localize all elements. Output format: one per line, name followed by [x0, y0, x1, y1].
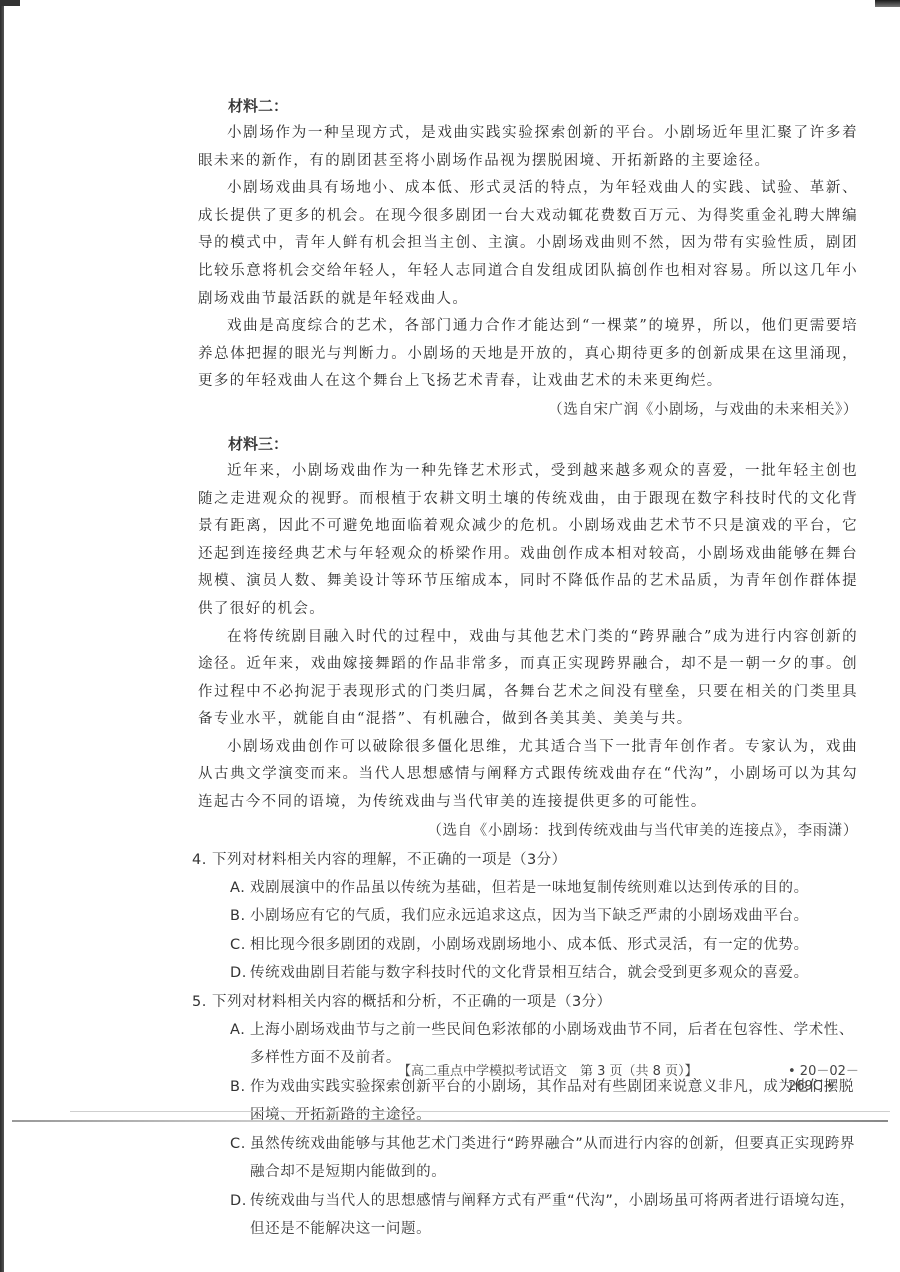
option-letter: C.	[230, 931, 250, 960]
material-2-source: （选自宋广润《小剧场，与戏曲的未来相关》）	[198, 396, 858, 425]
scan-corner-top-right	[875, 0, 900, 7]
option-letter: A.	[230, 874, 250, 903]
option-letter: D.	[230, 1187, 250, 1216]
material-2: 材料二： 小剧场作为一种呈现方式，是戏曲实践实验探索创新的平台。小剧场近年里汇聚…	[198, 93, 858, 425]
material-3-paragraph: 小剧场戏曲创作可以破除很多僵化思维，尤其适合当下一批青年创作者。专家认为，戏曲从…	[198, 734, 858, 817]
option-text: 相比现今很多剧团的戏剧，小剧场戏剧场地小、成本低、形式灵活，有一定的优势。	[250, 937, 809, 953]
option-text: 小剧场应有它的气质，我们应永远追求这点，因为当下缺乏严肃的小剧场戏曲平台。	[250, 908, 809, 924]
question-4-option-a[interactable]: A.戏剧展演中的作品虽以传统为基础，但若是一味地复制传统则难以达到传承的目的。	[198, 874, 858, 903]
option-text: 虽然传统戏曲能够与其他艺术门类进行“跨界融合”从而进行内容的创新，但要真正实现跨…	[250, 1136, 855, 1181]
option-text: 传统戏曲剧目若能与数字科技时代的文化背景相互结合，就会受到更多观众的喜爱。	[250, 965, 809, 981]
material-3-paragraph: 近年来，小剧场戏曲作为一种先锋艺术形式，受到越来越多观众的喜爱，一批年轻主创也随…	[198, 458, 858, 624]
question-4: 4. 下列对材料相关内容的理解，不正确的一项是（3分） A.戏剧展演中的作品虽以…	[198, 846, 858, 988]
question-5: 5. 下列对材料相关内容的概括和分析，不正确的一项是（3分） A.上海小剧场戏曲…	[198, 988, 858, 1244]
option-text: 戏剧展演中的作品虽以传统为基础，但若是一味地复制传统则难以达到传承的目的。	[250, 880, 809, 896]
question-5-option-c[interactable]: C.虽然传统戏曲能够与其他艺术门类进行“跨界融合”从而进行内容的创新，但要真正实…	[198, 1130, 858, 1187]
option-letter: B.	[230, 902, 250, 931]
question-5-option-d[interactable]: D.传统戏曲与当代人的思想感情与阐释方式有严重“代沟”，小剧场虽可将两者进行语境…	[198, 1187, 858, 1244]
scan-edge-left	[0, 0, 4, 1272]
material-2-paragraph: 戏曲是高度综合的艺术，各部门通力合作才能达到“一棵菜”的境界，所以，他们更需要培…	[198, 313, 858, 396]
material-2-paragraph: 小剧场戏曲具有场地小、成本低、形式灵活的特点，为年轻戏曲人的实践、试验、革新、成…	[198, 175, 858, 313]
material-2-title: 材料二：	[228, 93, 858, 120]
material-3: 材料三： 近年来，小剧场戏曲作为一种先锋艺术形式，受到越来越多观众的喜爱，一批年…	[198, 431, 858, 846]
option-letter: B.	[230, 1073, 250, 1102]
question-4-stem: 4. 下列对材料相关内容的理解，不正确的一项是（3分）	[192, 846, 858, 874]
material-2-paragraph: 小剧场作为一种呈现方式，是戏曲实践实验探索创新的平台。小剧场近年里汇聚了许多着眼…	[198, 120, 858, 175]
footer-page-info: 【高二重点中学模拟考试语文 第 3 页（共 8 页）】	[398, 1060, 698, 1079]
question-4-option-d[interactable]: D.传统戏曲剧目若能与数字科技时代的文化背景相互结合，就会受到更多观众的喜爱。	[198, 959, 858, 988]
question-4-option-c[interactable]: C.相比现今很多剧团的戏剧，小剧场戏剧场地小、成本低、形式灵活，有一定的优势。	[198, 931, 858, 960]
question-4-option-b[interactable]: B.小剧场应有它的气质，我们应永远追求这点，因为当下缺乏严肃的小剧场戏曲平台。	[198, 902, 858, 931]
option-text: 传统戏曲与当代人的思想感情与阐释方式有严重“代沟”，小剧场虽可将两者进行语境勾连…	[250, 1193, 855, 1238]
material-3-paragraph: 在将传统剧目融入时代的过程中，戏曲与其他艺术门类的“跨界融合”成为进行内容创新的…	[198, 624, 858, 734]
option-letter: C.	[230, 1130, 250, 1159]
scan-edge-top	[0, 0, 20, 6]
option-text: 作为戏曲实践实验探索创新平台的小剧场，其作品对有些剧团来说意义非凡，成为他们摆脱…	[250, 1079, 854, 1124]
scan-artifact-line	[70, 1111, 890, 1112]
material-3-source: （选自《小剧场：找到传统戏曲与当代审美的连接点》，李雨潇）	[198, 817, 858, 846]
scan-artifact-line	[12, 1120, 888, 1122]
option-letter: D.	[230, 959, 250, 988]
material-3-title: 材料三：	[228, 431, 858, 458]
footer-exam-code: • 20－02－269C •	[788, 1060, 878, 1094]
option-letter: A.	[230, 1016, 250, 1045]
question-5-stem: 5. 下列对材料相关内容的概括和分析，不正确的一项是（3分）	[192, 988, 858, 1016]
